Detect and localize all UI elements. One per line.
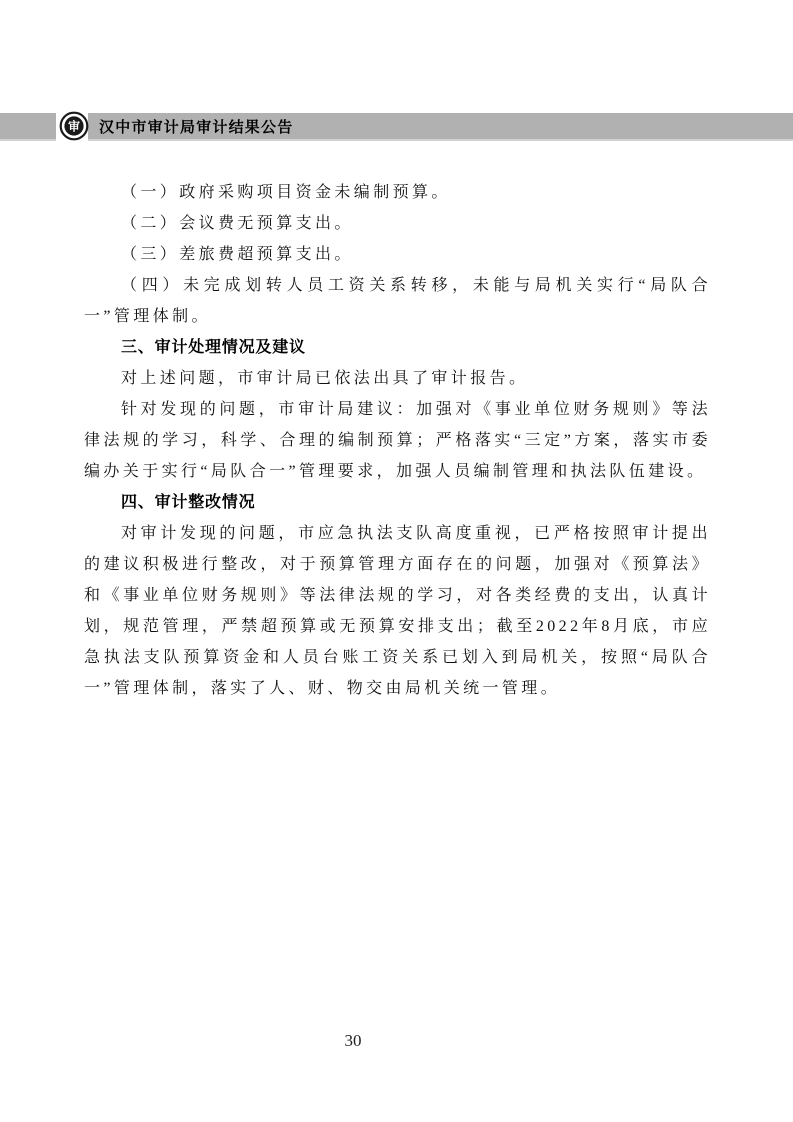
header-title: 汉中市审计局审计结果公告 [99,116,293,137]
paragraph: 对上述问题，市审计局已依法出具了审计报告。 [84,363,711,394]
section-heading: 四、审计整改情况 [84,487,711,518]
section-heading: 三、审计处理情况及建议 [84,332,711,363]
audit-seal-logo: 审 [59,111,89,141]
header-bar-left-segment [0,113,56,141]
seal-character: 审 [68,119,80,134]
document-page: 汉中市审计局审计结果公告 审 （一）政府采购项目资金未编制预算。（二）会议费无预… [0,0,793,1122]
header-bar: 汉中市审计局审计结果公告 [88,113,793,141]
paragraph: （一）政府采购项目资金未编制预算。 [84,177,711,208]
paragraph: （四）未完成划转人员工资关系转移，未能与局机关实行“局队合一”管理体制。 [84,270,711,332]
document-body: （一）政府采购项目资金未编制预算。（二）会议费无预算支出。（三）差旅费超预算支出… [84,177,711,704]
paragraph: （三）差旅费超预算支出。 [84,239,711,270]
paragraph: 对审计发现的问题，市应急执法支队高度重视，已严格按照审计提出的建议积极进行整改，… [84,518,711,704]
seal-icon: 审 [59,111,89,141]
paragraph: 针对发现的问题，市审计局建议：加强对《事业单位财务规则》等法律法规的学习，科学、… [84,394,711,487]
page-number: 30 [308,1031,398,1051]
paragraph: （二）会议费无预算支出。 [84,208,711,239]
